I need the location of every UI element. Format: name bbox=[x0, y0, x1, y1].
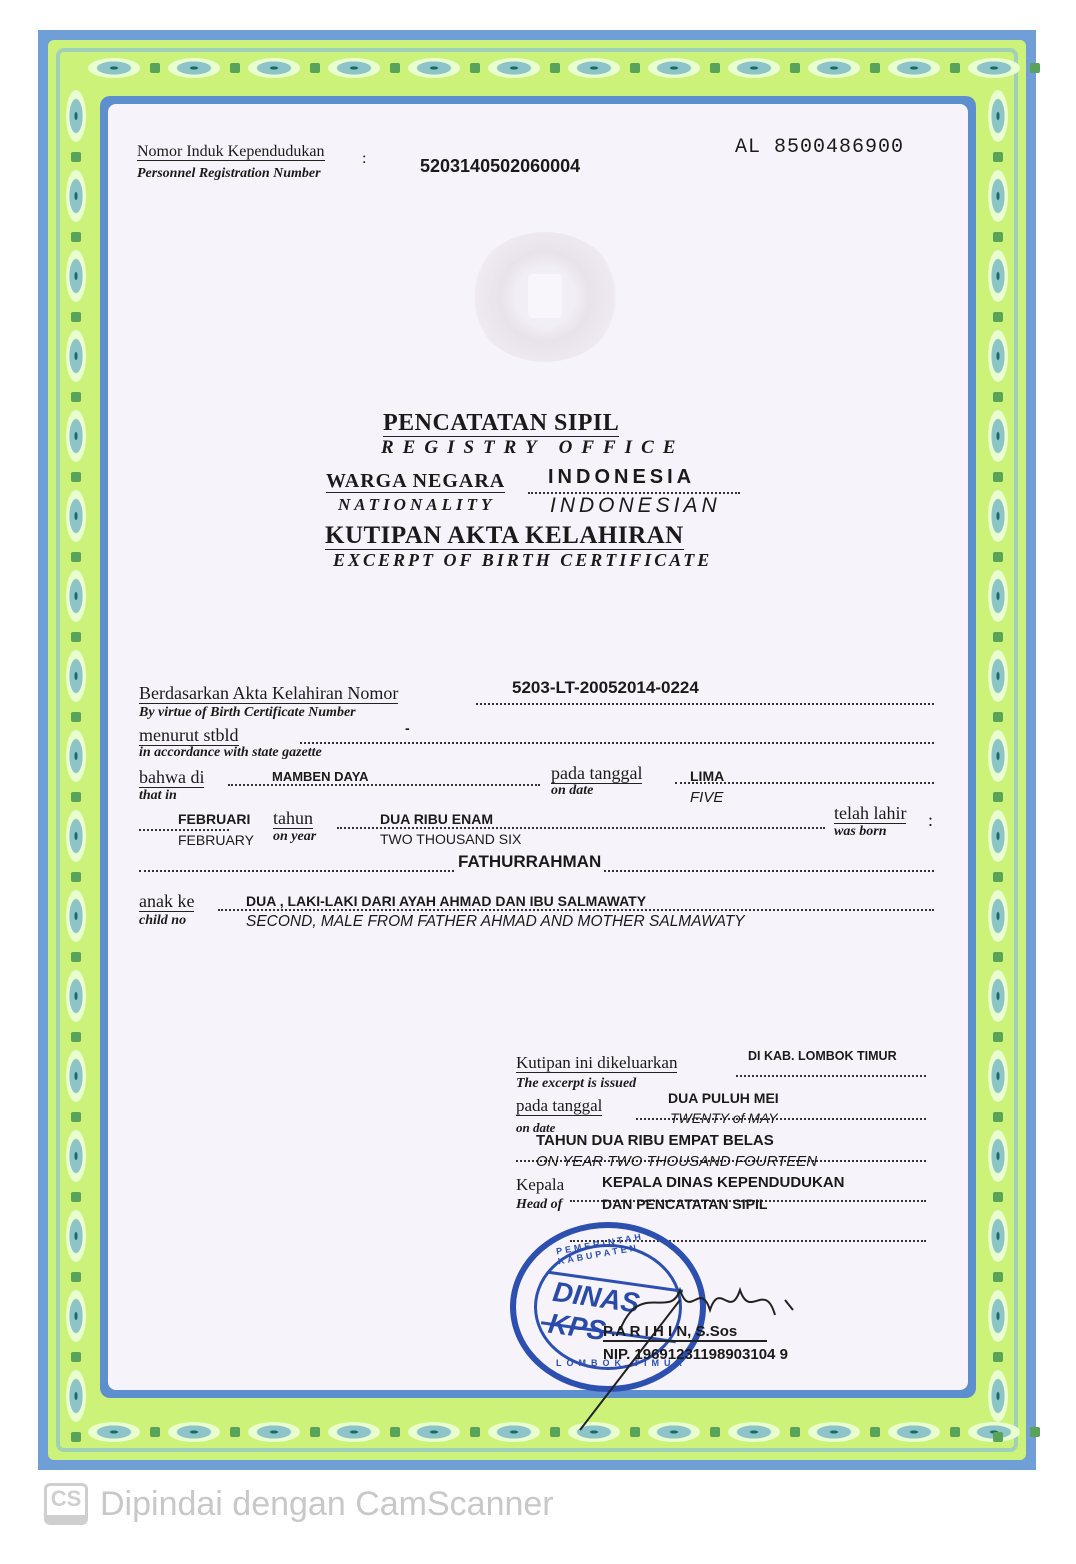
office-title: PENCATATAN SIPIL bbox=[383, 410, 619, 437]
birth-year-value-en: TWO THOUSAND SIX bbox=[380, 831, 521, 847]
nationality-label: WARGA NEGARA bbox=[326, 470, 505, 493]
child-name: FATHURRAHMAN bbox=[456, 852, 603, 872]
issue-year-value: TAHUN DUA RIBU EMPAT BELAS bbox=[536, 1132, 774, 1149]
stbld-value: - bbox=[405, 720, 410, 736]
birth-date-label: pada tanggal bbox=[551, 763, 642, 784]
cert-number-label-en: By virtue of Birth Certificate Number bbox=[139, 705, 356, 721]
issue-date-value: DUA PULUH MEI bbox=[668, 1090, 779, 1106]
birth-month-value: FEBRUARI bbox=[178, 811, 250, 827]
birth-year-label: tahun bbox=[273, 808, 313, 829]
nik-label-en: Personnel Registration Number bbox=[137, 166, 321, 182]
stbld-label-en: in accordance with state gazette bbox=[139, 745, 322, 761]
place-label: bahwa di bbox=[139, 767, 204, 788]
cert-number-value: 5203-LT-20052014-0224 bbox=[512, 678, 699, 698]
office-title-en: REGISTRY OFFICE bbox=[381, 437, 684, 459]
birth-date-label-en: on date bbox=[551, 783, 593, 799]
document-title: KUTIPAN AKTA KELAHIRAN bbox=[325, 522, 684, 550]
head-value-line2: DAN PENCATATAN SIPIL bbox=[602, 1196, 767, 1212]
watermark-text: Dipindai dengan CamScanner bbox=[100, 1485, 554, 1524]
nationality-value-en: INDONESIAN bbox=[550, 494, 721, 518]
issue-date-label: pada tanggal bbox=[516, 1096, 602, 1116]
official-nip: NIP. 19691231198903104 9 bbox=[603, 1346, 788, 1363]
nationality-value: INDONESIA bbox=[548, 466, 695, 489]
document-title-en: EXCERPT OF BIRTH CERTIFICATE bbox=[333, 550, 712, 571]
head-label: Kepala bbox=[516, 1175, 564, 1195]
child-no-label: anak ke bbox=[139, 891, 194, 912]
cert-number-label: Berdasarkan Akta Kelahiran Nomor bbox=[139, 683, 398, 704]
birth-date-value-en: FIVE bbox=[690, 789, 723, 806]
birth-month-value-en: FEBRUARY bbox=[178, 832, 254, 848]
nationality-label-en: NATIONALITY bbox=[338, 495, 495, 515]
stbld-label: menurut stbld bbox=[139, 725, 239, 746]
place-value: MAMBEN DAYA bbox=[272, 769, 369, 784]
issued-place: DI KAB. LOMBOK TIMUR bbox=[748, 1049, 897, 1063]
head-value-line1: KEPALA DINAS KEPENDUDUKAN bbox=[602, 1174, 845, 1191]
birth-year-value: DUA RIBU ENAM bbox=[380, 811, 493, 827]
nik-label: Nomor Induk Kependudukan bbox=[137, 143, 325, 161]
issued-label-en: The excerpt is issued bbox=[516, 1076, 636, 1092]
camscanner-watermark: CS Dipindai dengan CamScanner bbox=[44, 1482, 554, 1526]
child-no-value: DUA , LAKI-LAKI DARI AYAH AHMAD DAN IBU … bbox=[246, 893, 646, 909]
issue-year-value-en: ON YEAR TWO THOUSAND FOURTEEN bbox=[536, 1153, 817, 1170]
birth-year-label-en: on year bbox=[273, 829, 316, 845]
nik-colon: : bbox=[362, 150, 366, 168]
official-name: P.A R I H I N, S.Sos bbox=[603, 1323, 767, 1342]
nik-value: 5203140502060004 bbox=[420, 156, 580, 177]
issue-date-value-en: TWENTY of MAY bbox=[670, 1110, 778, 1126]
issued-label: Kutipan ini dikeluarkan bbox=[516, 1053, 677, 1073]
born-colon: : bbox=[928, 810, 933, 831]
serial-number: AL 8500486900 bbox=[735, 136, 904, 159]
head-label-en: Head of bbox=[516, 1197, 562, 1213]
born-label-en: was born bbox=[834, 824, 887, 840]
embossed-seal bbox=[470, 232, 620, 362]
camscanner-logo-icon: CS bbox=[44, 1483, 88, 1525]
child-no-value-en: SECOND, MALE FROM FATHER AHMAD AND MOTHE… bbox=[246, 913, 745, 931]
place-label-en: that in bbox=[139, 788, 177, 804]
child-no-label-en: child no bbox=[139, 913, 186, 929]
born-label: telah lahir bbox=[834, 803, 906, 824]
